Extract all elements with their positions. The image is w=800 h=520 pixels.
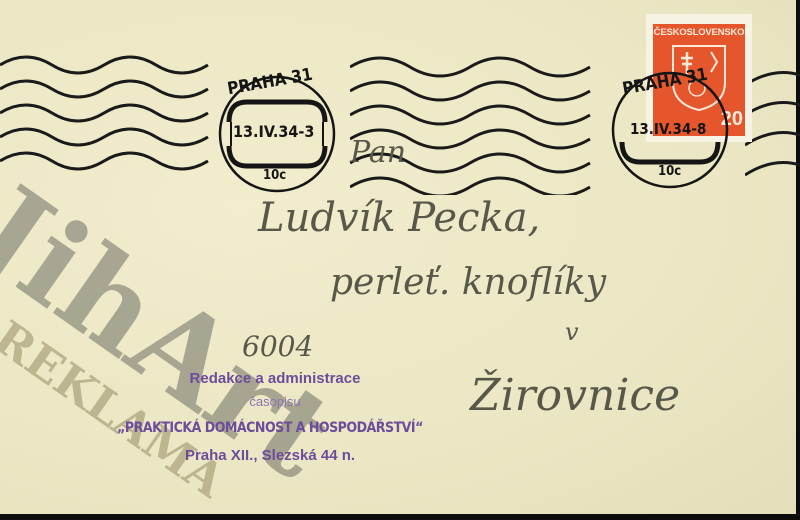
postmark-date: 13.IV.34-8	[630, 120, 706, 138]
postmark-right: PRAHA 31 13.IV.34-8 10c	[598, 68, 742, 192]
address-line2: perleť. knoflíky	[330, 262, 606, 303]
address-salutation: Pan	[350, 135, 406, 170]
envelope: ČESKOSLOVENSKO 20 PRAHA 31 13.IV.34-3 10…	[0, 0, 796, 514]
address-name: Ludvík Pecka,	[258, 195, 540, 241]
postmark-date: 13.IV.34-3	[233, 122, 314, 141]
postmark-code: 10c	[263, 168, 286, 183]
wavy-cancellation-right	[745, 55, 800, 195]
return-stamp-line4: Praha XII., Slezská 44 n.	[130, 447, 410, 464]
return-stamp-line3: „PRAKTICKÁ DOMÁCNOST A HOSPODÁŘSTVÍ“	[80, 420, 460, 436]
postmark-code: 10c	[658, 164, 681, 179]
stamp-country: ČESKOSLOVENSKO	[653, 27, 745, 38]
wavy-cancellation-middle	[350, 55, 600, 195]
wavy-cancellation-left	[0, 55, 210, 175]
postmark-left: PRAHA 31 13.IV.34-3 10c	[205, 72, 349, 196]
address-city: Žirovnice	[470, 370, 680, 421]
address-line3: v	[565, 318, 579, 346]
return-stamp-line2: časopisu	[140, 394, 410, 409]
return-stamp-line1: Redakce a administrace	[140, 370, 410, 387]
